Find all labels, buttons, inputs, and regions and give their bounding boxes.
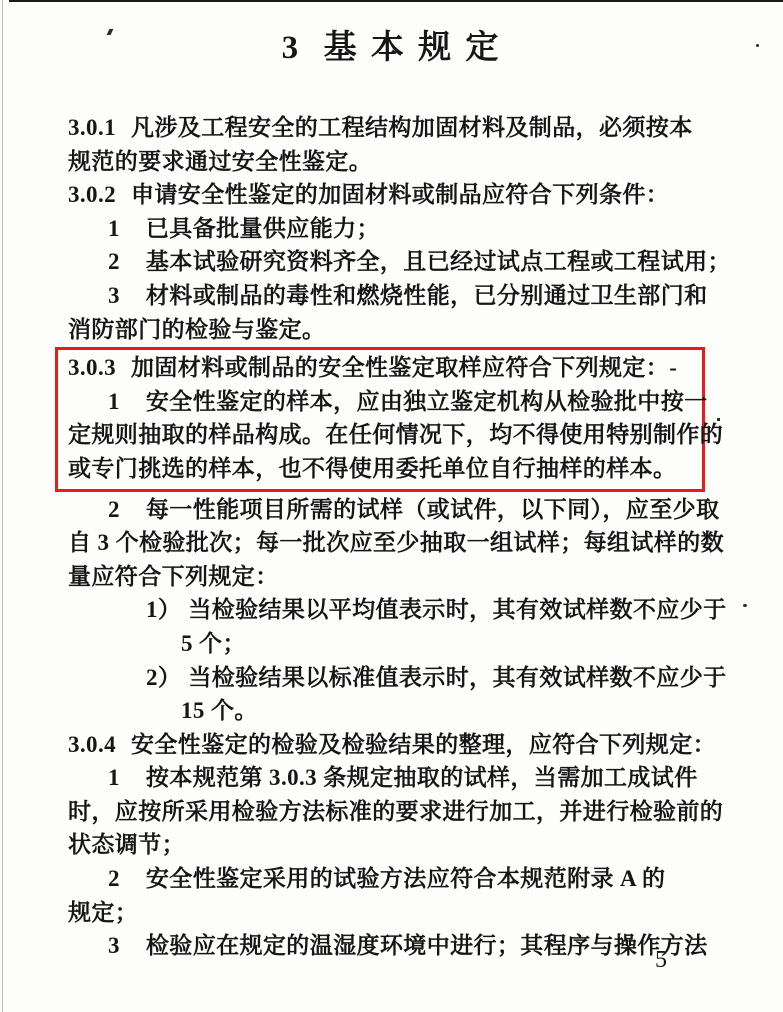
list-item-line: 1安全性鉴定的样本，应由独立鉴定机构从检验批中按一	[68, 385, 702, 419]
line-text: 或专门挑选的样本，也不得使用委托单位自行抽样的样本。	[68, 456, 676, 481]
clause-line: 规范的要求通过安全性鉴定。	[68, 145, 702, 179]
item-number: 1	[108, 765, 120, 790]
chapter-title: 3 基 本 规 定	[0, 21, 783, 68]
sub-item-line: 15 个。	[68, 694, 702, 728]
line-text: 当检验结果以标准值表示时，其有效试样数不应少于	[188, 665, 726, 690]
clause-line: 规定；	[68, 896, 702, 930]
item-number: 2	[108, 497, 120, 522]
clause-line: 时，应按所采用检验方法标准的要求进行加工，并进行检验前的	[68, 795, 702, 829]
line-text: 规定；	[68, 900, 138, 925]
list-item-line: 1已具备批量供应能力；	[68, 212, 702, 246]
list-item-line: 2每一性能项目所需的试样（或试件，以下同），应至少取	[68, 493, 702, 527]
list-item-line: 3检验应在规定的温湿度环境中进行；其程序与操作方法	[68, 929, 702, 963]
line-text: 按本规范第 3.0.3 条规定抽取的试样，当需加工成试件	[146, 765, 698, 790]
scan-speck	[743, 604, 747, 607]
clause-number: 3.0.3	[68, 355, 116, 380]
line-text: 凡涉及工程安全的工程结构加固材料及制品，必须按本	[131, 115, 693, 140]
clause-line: 量应符合下列规定：	[68, 560, 702, 594]
clause-line: 消防部门的检验与鉴定。	[68, 313, 702, 347]
line-text: 安全性鉴定采用的试验方法应符合本规范附录 A 的	[146, 866, 665, 891]
sub-item-number: 2）	[146, 665, 181, 690]
line-text: 加固材料或制品的安全性鉴定取样应符合下列规定：-	[131, 355, 677, 380]
clause-number: 3.0.1	[68, 115, 116, 140]
item-number: 3	[108, 283, 120, 308]
clause-number: 3.0.4	[68, 732, 116, 757]
line-text: 自 3 个检验批次；每一批次应至少抽取一组试样；每组试样的数	[68, 530, 724, 555]
line-text: 检验应在规定的温湿度环境中进行；其程序与操作方法	[146, 933, 708, 958]
line-text: 状态调节；	[68, 832, 185, 857]
red-highlight-box: 3.0.3加固材料或制品的安全性鉴定取样应符合下列规定：- 1安全性鉴定的样本，…	[55, 347, 705, 491]
page-number: 5	[655, 947, 667, 974]
clause-line: 状态调节；	[68, 828, 702, 862]
line-text: 时，应按所采用检验方法标准的要求进行加工，并进行检验前的	[68, 799, 723, 824]
sub-item-line: 1）当检验结果以平均值表示时，其有效试样数不应少于	[68, 593, 702, 627]
scan-edge-left-line	[2, 0, 3, 1012]
item-number: 2	[108, 866, 120, 891]
line-text: 基本试验研究资料齐全，且已经过试点工程或工程试用；	[146, 249, 731, 274]
scanned-document-page: 3 基 本 规 定 3.0.1凡涉及工程安全的工程结构加固材料及制品，必须按本 …	[0, 0, 783, 1012]
clause-line: 3.0.3加固材料或制品的安全性鉴定取样应符合下列规定：-	[68, 351, 702, 385]
line-text: 安全性鉴定的检验及检验结果的整理，应符合下列规定：	[131, 732, 716, 757]
list-item-line: 2基本试验研究资料齐全，且已经过试点工程或工程试用；	[68, 245, 702, 279]
line-text: 材料或制品的毒性和燃烧性能，已分别通过卫生部门和	[146, 283, 708, 308]
clause-line: 定规则抽取的样品构成。在任何情况下，均不得使用特别制作的	[68, 418, 702, 452]
clause-line: 或专门挑选的样本，也不得使用委托单位自行抽样的样本。	[68, 452, 702, 486]
list-item-line: 2安全性鉴定采用的试验方法应符合本规范附录 A 的	[68, 862, 702, 896]
item-number: 3	[108, 933, 120, 958]
line-text: 量应符合下列规定：	[68, 564, 279, 589]
line-text: 15 个。	[181, 698, 258, 723]
sub-item-line: 5 个；	[68, 627, 702, 661]
line-text: 安全性鉴定的样本，应由独立鉴定机构从检验批中按一	[146, 389, 708, 414]
clause-line: 3.0.2申请安全性鉴定的加固材料或制品应符合下列条件：	[68, 178, 702, 212]
scan-speck	[717, 418, 720, 421]
line-text: 消防部门的检验与鉴定。	[68, 317, 325, 342]
sub-item-line: 2）当检验结果以标准值表示时，其有效试样数不应少于	[68, 661, 702, 695]
scan-edge-top-line	[9, 0, 783, 2]
line-text: 每一性能项目所需的试样（或试件，以下同），应至少取	[146, 497, 720, 522]
clause-line: 3.0.1凡涉及工程安全的工程结构加固材料及制品，必须按本	[68, 111, 702, 145]
line-text: 已具备批量供应能力；	[146, 216, 380, 241]
line-text: 申请安全性鉴定的加固材料或制品应符合下列条件：	[131, 182, 669, 207]
item-number: 1	[108, 389, 120, 414]
document-body: 3.0.1凡涉及工程安全的工程结构加固材料及制品，必须按本 规范的要求通过安全性…	[68, 111, 702, 963]
item-number: 2	[108, 249, 120, 274]
line-text: 定规则抽取的样品构成。在任何情况下，均不得使用特别制作的	[68, 422, 723, 447]
clause-line: 3.0.4安全性鉴定的检验及检验结果的整理，应符合下列规定：	[68, 728, 702, 762]
clause-line: 自 3 个检验批次；每一批次应至少抽取一组试样；每组试样的数	[68, 526, 702, 560]
line-text: 当检验结果以平均值表示时，其有效试样数不应少于	[188, 597, 726, 622]
sub-item-number: 1）	[146, 597, 181, 622]
line-text: 5 个；	[181, 631, 246, 656]
item-number: 1	[108, 216, 120, 241]
line-text: 规范的要求通过安全性鉴定。	[68, 149, 372, 174]
clause-number: 3.0.2	[68, 182, 116, 207]
list-item-line: 3材料或制品的毒性和燃烧性能，已分别通过卫生部门和	[68, 279, 702, 313]
list-item-line: 1按本规范第 3.0.3 条规定抽取的试样，当需加工成试件	[68, 761, 702, 795]
